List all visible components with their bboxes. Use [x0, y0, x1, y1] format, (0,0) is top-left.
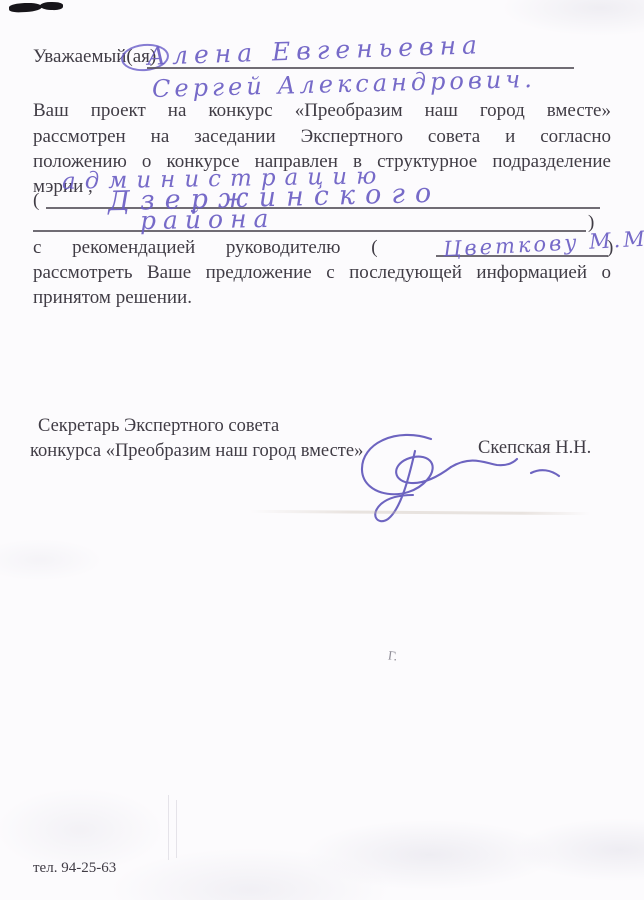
ink-smudge-icon [9, 2, 42, 13]
stray-pencil-mark: Г. [387, 647, 398, 664]
footer-phone: тел. 94-25-63 [33, 860, 116, 877]
body-line: принятом решении. [33, 287, 192, 309]
signer-role-line2: конкурса «Преобразим наш город вместе» [30, 441, 363, 462]
paren-close: ) [607, 237, 613, 259]
scan-artifact-line [168, 795, 169, 860]
scanned-letter-page: Уважаемый(ая) Алена Евгеньевна Сергей Ал… [0, 0, 644, 900]
body-line: Ваш проект на конкурс «Преобразим наш го… [33, 100, 611, 122]
handwritten-name-line1: Алена Евгеньевна [147, 30, 484, 71]
handwritten-district-word2: района [140, 204, 276, 235]
body-line: рассмотреть Ваше предложение с последующ… [33, 262, 611, 284]
body-line: рассмотрен на заседании Экспертного сове… [33, 126, 611, 148]
signer-name: Скепская Н.Н. [478, 438, 591, 459]
paren-open: ( [33, 190, 39, 212]
ink-smudge-icon [40, 2, 63, 11]
recommendation-line: с рекомендацией руководителю ( [33, 237, 378, 259]
salutation-text: Уважаемый [33, 46, 126, 67]
handwritten-name-line2: Сергей Александрович. [152, 65, 537, 103]
signer-role-line1: Секретарь Экспертного совета [38, 416, 279, 437]
blank-underline [33, 230, 586, 232]
scan-artifact-line [176, 800, 177, 858]
